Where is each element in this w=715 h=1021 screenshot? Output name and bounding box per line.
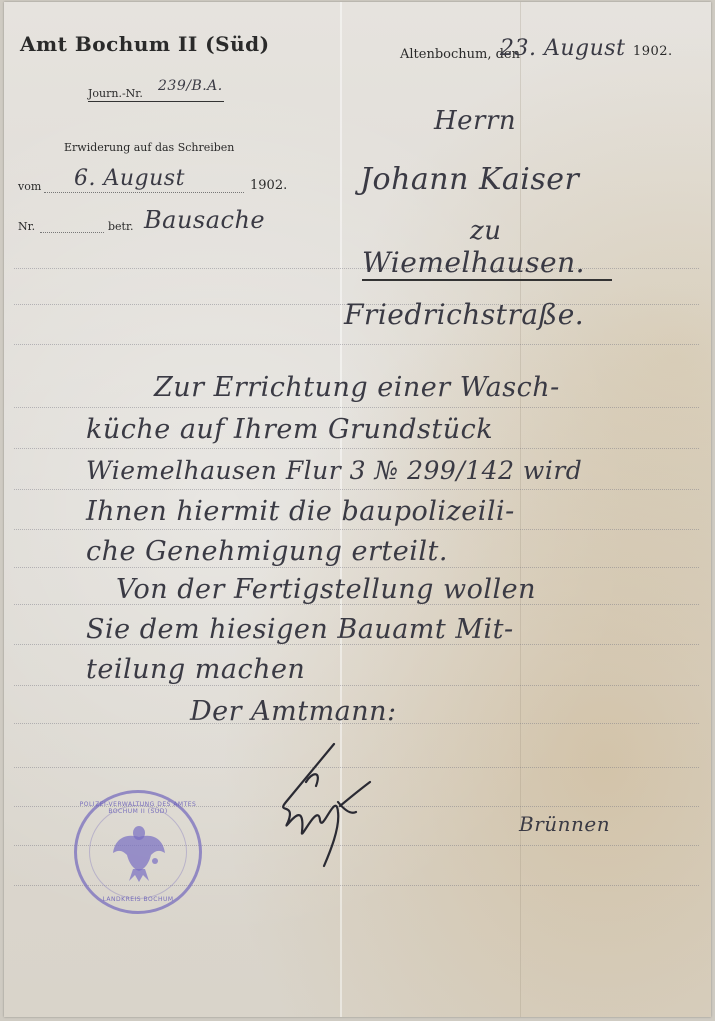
address-town: Wiemelhausen. [362,246,585,279]
office-title: Amt Bochum II (Süd) [20,32,270,56]
vom-year: 1902. [250,178,287,193]
nr-label: Nr. [18,220,35,233]
journal-underline [88,101,224,102]
address-salutation: Herrn [434,106,516,136]
vom-date: 6. August [74,166,185,191]
vom-label: vom [18,180,41,193]
ruled-line [14,407,699,408]
betr-label: betr. [108,220,134,233]
fold-crease [520,2,521,1017]
town-underline [362,279,612,281]
journal-number: 239/B.A. [158,78,223,94]
address-preposition: zu [470,216,501,246]
address-name: Johann Kaiser [360,162,579,197]
body-line: küche auf Ihrem Grundstück [86,414,493,445]
signature-primary [266,742,376,876]
document-page: Amt Bochum II (Süd) Journ.-Nr. 239/B.A. … [4,2,711,1017]
body-line: Ihnen hiermit die baupolizeili- [86,496,515,527]
address-street: Friedrichstraße. [344,298,584,331]
date-handwritten: 23. August 1902. [500,36,673,61]
stamp-bottom-text: LANDKREIS BOCHUM [77,896,199,903]
body-line: Zur Errichtung einer Wasch- [154,372,560,403]
ruled-line [14,529,699,530]
ruled-line [14,448,699,449]
date-day-month: 23. August [500,36,625,61]
ruled-line [14,268,699,269]
dotted-fill [44,192,244,193]
official-stamp: POLIZEI-VERWALTUNG DES AMTES BOCHUM II (… [74,790,202,914]
date-year: 1902. [633,44,673,59]
dotted-fill [40,232,104,233]
body-line: che Genehmigung erteilt. [86,536,448,567]
journal-label: Journ.-Nr. [88,87,143,100]
ruled-line [14,489,699,490]
ruled-line [14,344,699,345]
betr-subject: Bausache [144,206,265,234]
ruled-line [14,567,699,568]
signature-scribble-icon [266,742,376,872]
body-line: Wiemelhausen Flur 3 № 299/142 wird [86,456,582,485]
reply-label: Erwiderung auf das Schreiben [64,141,234,154]
eagle-emblem-icon [111,819,167,883]
signature-secondary: Brünnen [519,812,610,836]
body-line: teilung machen [86,654,305,685]
ruled-line [14,685,699,686]
closing-title: Der Amtmann: [190,696,397,727]
body-line: Sie dem hiesigen Bauamt Mit- [86,614,514,645]
stamp-top-text: POLIZEI-VERWALTUNG DES AMTES BOCHUM II (… [77,801,199,815]
body-line: Von der Fertigstellung wollen [116,574,536,605]
